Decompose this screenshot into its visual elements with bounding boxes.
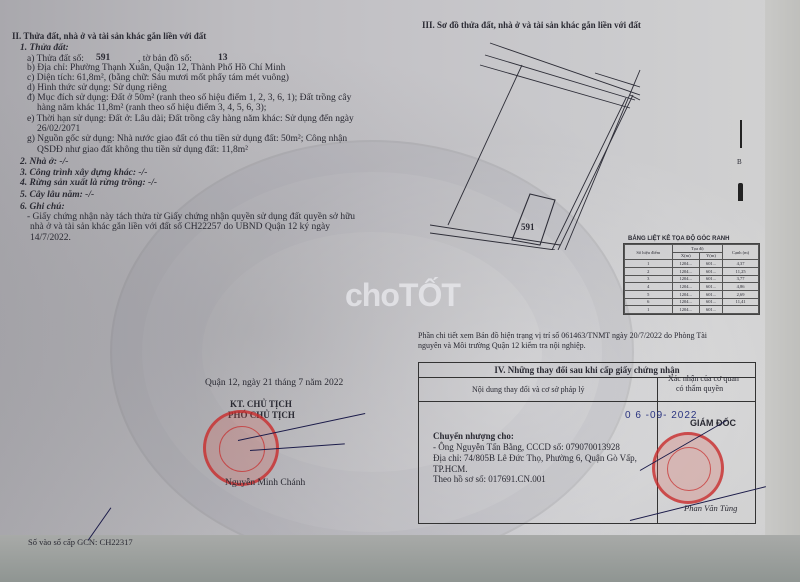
coord-cell: 1204... xyxy=(672,260,699,268)
col-y: Y(m) xyxy=(699,252,722,260)
coord-row: 31204...601...3,77 xyxy=(625,275,759,283)
date-stamp: 0 6 -09- 2022 xyxy=(625,410,698,421)
coord-cell: 1204... xyxy=(672,267,699,275)
transfer-person: - Ông Nguyễn Tấn Bằng, CCCD số: 07907001… xyxy=(433,442,620,453)
coord-cell: 1204... xyxy=(672,290,699,298)
parcel-diagram xyxy=(430,40,760,250)
origin-line-2: QSDĐ như giao đất không thu tiền sử dụng… xyxy=(37,145,248,156)
coord-cell: 4 xyxy=(625,283,673,291)
coord-row: 11204...601... xyxy=(625,306,759,314)
coord-cell: 601... xyxy=(699,267,722,275)
coord-cell: 601... xyxy=(699,290,722,298)
transfer-address: Địa chỉ: 74/805B Lê Đức Thọ, Phường 6, Q… xyxy=(433,453,637,464)
coord-cell: 1 xyxy=(625,260,673,268)
coord-cell: 1204... xyxy=(672,306,699,314)
coord-cell: 601... xyxy=(699,275,722,283)
notes-line-2: nhà ở và tài sản khác gắn liền với đất s… xyxy=(30,222,330,233)
perennial: 5. Cây lâu năm: -/- xyxy=(20,190,94,201)
page-edge xyxy=(765,0,800,535)
coord-cell: 1204... xyxy=(672,275,699,283)
coord-row: 41204...601...4,86 xyxy=(625,283,759,291)
coord-table-title: BẢNG LIỆT KÊ TỌA ĐỘ GÓC RANH xyxy=(628,236,729,242)
coord-cell: 3,77 xyxy=(723,275,759,283)
north-label: B xyxy=(737,157,742,168)
coord-cell: 601... xyxy=(699,283,722,291)
col-edge: Cạnh (m) xyxy=(723,245,759,260)
row-divider xyxy=(419,401,755,402)
coord-cell: 1204... xyxy=(672,298,699,306)
coord-cell: 1 xyxy=(625,306,673,314)
coord-cell: 11,25 xyxy=(723,267,759,275)
coord-cell: 6 xyxy=(625,298,673,306)
col-x: X(m) xyxy=(672,252,699,260)
north-arrow-icon xyxy=(740,120,742,148)
land-heading: 1. Thửa đất: xyxy=(20,43,69,54)
transfer-heading: Chuyển nhượng cho: xyxy=(433,431,514,442)
house: 2. Nhà ở: -/- xyxy=(20,157,68,168)
coord-row: 11204...601...4,37 xyxy=(625,260,759,268)
coord-cell: 601... xyxy=(699,306,722,314)
section2-title: II. Thửa đất, nhà ở và tài sản khác gắn … xyxy=(12,31,206,42)
coord-table: Số hiệu điểmTọa độCạnh (m) X(m)Y(m) 1120… xyxy=(623,243,760,315)
sign-title-1: KT. CHỦ TỊCH xyxy=(230,399,292,410)
coord-cell: 601... xyxy=(699,298,722,306)
dossier-number: Theo hồ sơ số: 017691.CN.001 xyxy=(433,474,546,485)
origin-line-1: g) Nguồn gốc sử dụng: Nhà nước giao đất … xyxy=(27,134,347,145)
coord-cell: 5 xyxy=(625,290,673,298)
coord-row: 21204...601...11,25 xyxy=(625,267,759,275)
col-coord: Tọa độ xyxy=(672,245,723,253)
coord-cell xyxy=(723,306,759,314)
coord-row: 61204...601...11,41 xyxy=(625,298,759,306)
sign-date: Quận 12, ngày 21 tháng 7 năm 2022 xyxy=(205,378,343,389)
coord-cell: 2 xyxy=(625,267,673,275)
registry-number: Số vào sổ cấp GCN: CH22317 xyxy=(28,537,133,548)
section3-title: III. Sơ đồ thửa đất, nhà ở và tài sản kh… xyxy=(422,20,641,31)
footnote-line-2: nguyên và Môi trường Quận 12 kiểm tra nộ… xyxy=(418,340,586,351)
col-point: Số hiệu điểm xyxy=(625,245,673,260)
chotot-watermark: choTỐT xyxy=(345,277,460,314)
coord-cell: 2,69 xyxy=(723,290,759,298)
signer-name: Nguyễn Minh Chánh xyxy=(225,478,305,489)
forest: 4. Rừng sản xuất là rừng trồng: -/- xyxy=(20,178,157,189)
scale-icon xyxy=(738,183,743,201)
coord-cell: 601... xyxy=(699,260,722,268)
col-content-header: Nội dung thay đổi và cơ sở pháp lý xyxy=(472,384,584,395)
coord-cell: 4,37 xyxy=(723,260,759,268)
col-confirm-header-2: có thẩm quyền xyxy=(676,383,723,394)
coord-cell: 11,41 xyxy=(723,298,759,306)
director-name: Phan Văn Tùng xyxy=(684,503,737,514)
coord-row: 51204...601...2,69 xyxy=(625,290,759,298)
notes-line-3: 14/7/2022. xyxy=(30,233,71,244)
purpose-line-2: hàng năm khác 11,8m² (ranh theo số hiệu … xyxy=(37,103,266,114)
diagram-parcel-label: 591 xyxy=(521,222,535,233)
coord-cell: 4,86 xyxy=(723,283,759,291)
coord-cell: 3 xyxy=(625,275,673,283)
coord-cell: 1204... xyxy=(672,283,699,291)
